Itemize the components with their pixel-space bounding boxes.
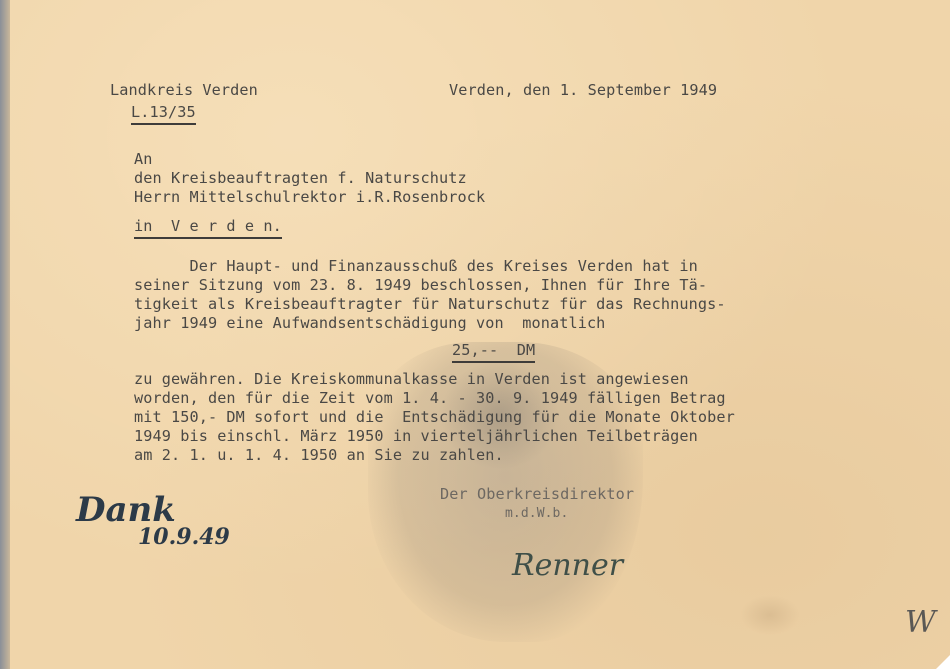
- recipient-line-1: den Kreisbeauftragten f. Naturschutz: [134, 169, 467, 188]
- body-line: mit 150,- DM sofort und die Entschädigun…: [134, 408, 735, 427]
- body-line: zu gewähren. Die Kreiskommunalkasse in V…: [134, 370, 689, 389]
- signatory-title: Der Oberkreisdirektor: [440, 485, 634, 504]
- amount: 25,-- DM: [452, 341, 535, 363]
- body-line: am 2. 1. u. 1. 4. 1950 an Sie zu zahlen.: [134, 446, 504, 465]
- body-line: Der Haupt- und Finanzausschuß des Kreise…: [134, 257, 698, 276]
- recipient-line-2: Herrn Mittelschulrektor i.R.Rosenbrock: [134, 188, 485, 207]
- scan-edge: [0, 0, 10, 669]
- corner-initial: W: [905, 605, 936, 640]
- recipient-city: in V e r d e n.: [134, 217, 282, 239]
- body-line: 1949 bis einschl. März 1950 in vierteljä…: [134, 427, 698, 446]
- handwritten-date: 10.9.49: [138, 524, 230, 550]
- paper-corner: [936, 655, 950, 669]
- recipient-salutation: An: [134, 150, 153, 169]
- signatory-abbrev: m.d.W.b.: [505, 504, 568, 523]
- place-date: Verden, den 1. September 1949: [449, 81, 717, 100]
- body-line: seiner Sitzung vom 23. 8. 1949 beschloss…: [134, 276, 707, 295]
- body-line: tigkeit als Kreisbeauftragter für Naturs…: [134, 295, 726, 314]
- reference-number: L.13/35: [131, 103, 196, 125]
- signature: Renner: [512, 548, 623, 583]
- sender: Landkreis Verden: [110, 81, 258, 100]
- body-line: worden, den für die Zeit vom 1. 4. - 30.…: [134, 389, 726, 408]
- small-stain: [740, 595, 800, 635]
- body-line: jahr 1949 eine Aufwandsentschädigung von…: [134, 314, 605, 333]
